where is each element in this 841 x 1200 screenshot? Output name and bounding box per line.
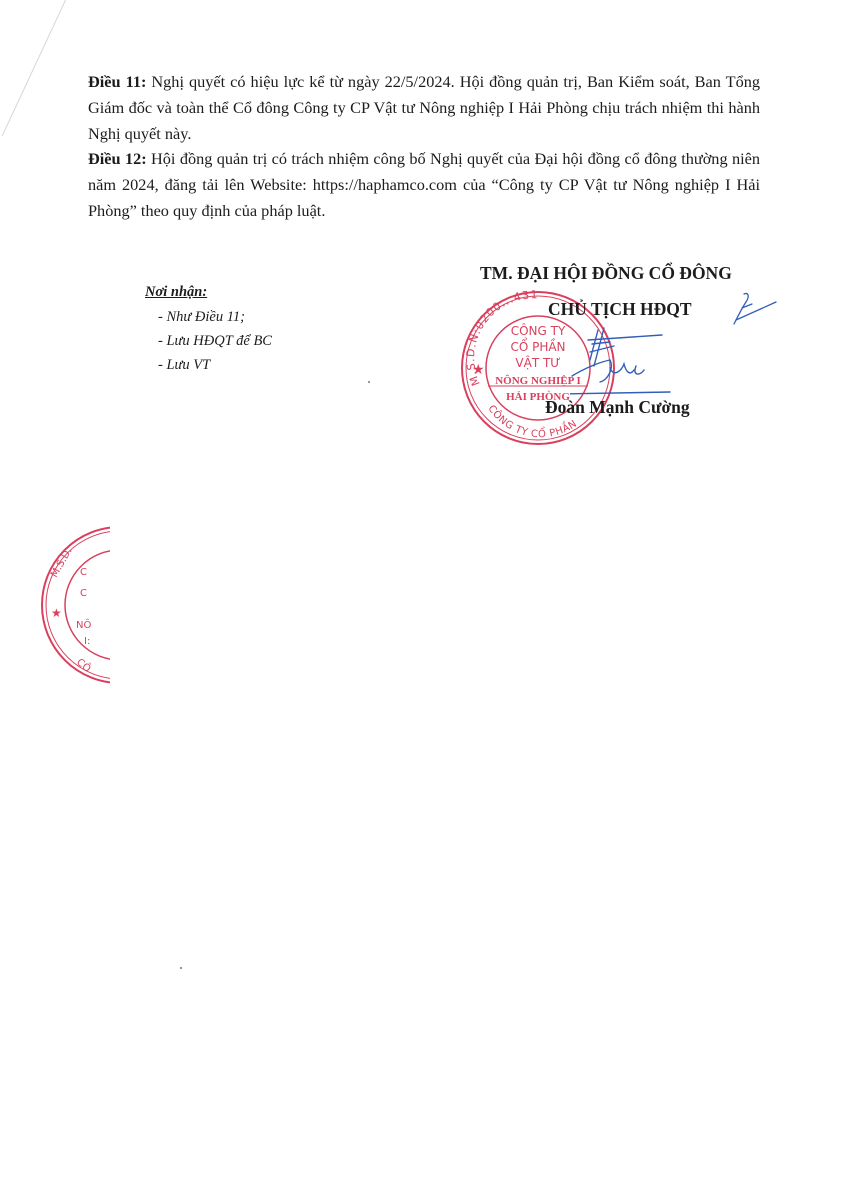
partial-stamp-fragment: CÔ bbox=[74, 655, 94, 675]
scan-artifact-line bbox=[2, 0, 66, 136]
recipients-title: Nơi nhận: bbox=[145, 280, 272, 304]
signer-name: Đoàn Mạnh Cường bbox=[545, 397, 690, 418]
partial-stamp-star-icon: ★ bbox=[51, 606, 62, 620]
article-12: Điều 12: Hội đồng quản trị có trách nhiệ… bbox=[88, 146, 760, 224]
recipient-item: - Lưu HĐQT để BC bbox=[145, 329, 272, 353]
document-page: Điều 11: Nghị quyết có hiệu lực kể từ ng… bbox=[0, 0, 841, 1200]
stamp-line: CỔ PHẦN bbox=[510, 338, 565, 354]
recipient-item: - Lưu VT bbox=[145, 353, 272, 377]
partial-stamp: M.S.D. C C ★ NÔ I: CÔ bbox=[0, 520, 110, 690]
stamp-star-icon: ★ bbox=[472, 362, 485, 378]
stamp-line: NÔNG NGHIỆP I bbox=[495, 374, 581, 387]
scan-speck bbox=[180, 967, 182, 969]
article-12-label: Điều 12: bbox=[88, 149, 147, 168]
partial-stamp-fragment: I: bbox=[84, 636, 90, 647]
partial-stamp-fragment: C bbox=[80, 588, 87, 599]
signature-position: CHỦ TỊCH HĐQT bbox=[548, 299, 692, 320]
article-11: Điều 11: Nghị quyết có hiệu lực kể từ ng… bbox=[88, 69, 760, 147]
partial-stamp-fragment: C bbox=[80, 567, 87, 578]
article-12-text: Hội đồng quản trị có trách nhiệm công bố… bbox=[88, 149, 760, 220]
stamp-line: CÔNG TY bbox=[511, 323, 566, 338]
partial-stamp-fragment: NÔ bbox=[76, 618, 91, 631]
recipient-item: - Như Điều 11; bbox=[145, 305, 272, 329]
partial-stamp-text: M.S.D. bbox=[49, 546, 75, 579]
signature-title: TM. ĐẠI HỘI ĐỒNG CỔ ĐÔNG bbox=[480, 263, 732, 284]
initial-mark bbox=[728, 290, 778, 330]
scan-speck bbox=[368, 381, 370, 383]
article-11-text: Nghị quyết có hiệu lực kể từ ngày 22/5/2… bbox=[88, 72, 760, 143]
article-11-label: Điều 11: bbox=[88, 72, 146, 91]
recipients-block: Nơi nhận: - Như Điều 11; - Lưu HĐQT để B… bbox=[145, 280, 272, 377]
stamp-line: VẬT TƯ bbox=[515, 355, 560, 370]
